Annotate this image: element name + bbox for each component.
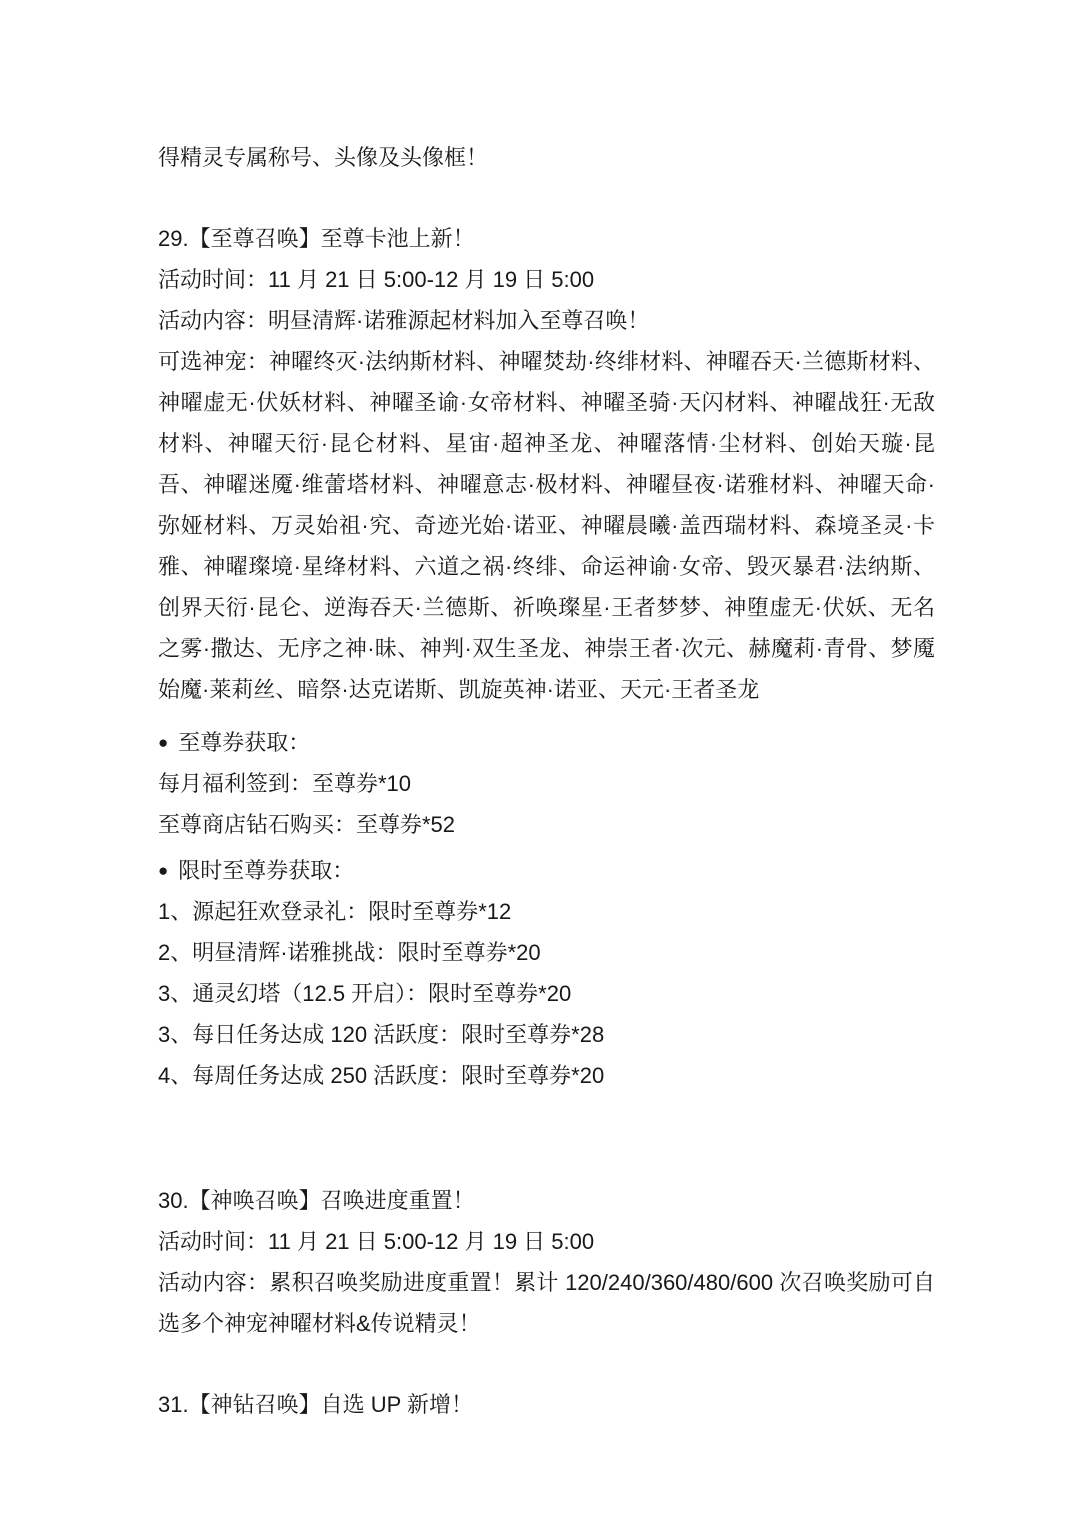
section-30-event-content: 活动内容：累积召唤奖励进度重置！累计 120/240/360/480/600 次… <box>158 1262 935 1344</box>
limited-line-tower: 3、通灵幻塔（12.5 开启）：限时至尊券*20 <box>158 973 935 1014</box>
limited-line-weekly-tasks: 4、每周任务达成 250 活跃度：限时至尊券*20 <box>158 1055 935 1096</box>
limited-line-daily-tasks: 3、每日任务达成 120 活跃度：限时至尊券*28 <box>158 1014 935 1055</box>
obtain-line-shop-purchase: 至尊商店钻石购买：至尊券*52 <box>158 804 935 845</box>
section-31-heading: 31.【神钻召唤】自选 UP 新增！ <box>158 1384 935 1425</box>
section-30-heading: 30.【神唤召唤】召唤进度重置！ <box>158 1180 935 1221</box>
section-29-heading: 29.【至尊召唤】至尊卡池上新！ <box>158 218 935 259</box>
limited-line-noya-challenge: 2、明昼清辉·诺雅挑战：限时至尊券*20 <box>158 932 935 973</box>
limited-ticket-obtain-title: 限时至尊券获取： <box>178 858 354 883</box>
section-30-event-time: 活动时间：11 月 21 日 5:00-12 月 19 日 5:00 <box>158 1221 935 1262</box>
limited-ticket-obtain-heading: ●限时至尊券获取： <box>158 850 935 891</box>
supreme-ticket-obtain-title: 至尊券获取： <box>178 730 310 755</box>
section-29-event-time: 活动时间：11 月 21 日 5:00-12 月 19 日 5:00 <box>158 259 935 300</box>
bullet-icon: ● <box>158 850 168 891</box>
supreme-ticket-obtain-heading: ●至尊券获取： <box>158 722 935 763</box>
intro-line: 得精灵专属称号、头像及头像框！ <box>158 137 935 178</box>
section-29-event-content: 活动内容：明昼清辉·诺雅源起材料加入至尊召唤！ <box>158 300 935 341</box>
selectable-pets-paragraph: 可选神宠：神曜终灭·法纳斯材料、神曜焚劫·终绯材料、神曜吞天·兰德斯材料、神曜虚… <box>158 341 935 710</box>
obtain-line-monthly-signin: 每月福利签到：至尊券*10 <box>158 763 935 804</box>
announcement-document: 得精灵专属称号、头像及头像框！ 29.【至尊召唤】至尊卡池上新！ 活动时间：11… <box>0 0 1080 1485</box>
bullet-icon: ● <box>158 722 168 763</box>
limited-line-login-gift: 1、源起狂欢登录礼：限时至尊券*12 <box>158 891 935 932</box>
